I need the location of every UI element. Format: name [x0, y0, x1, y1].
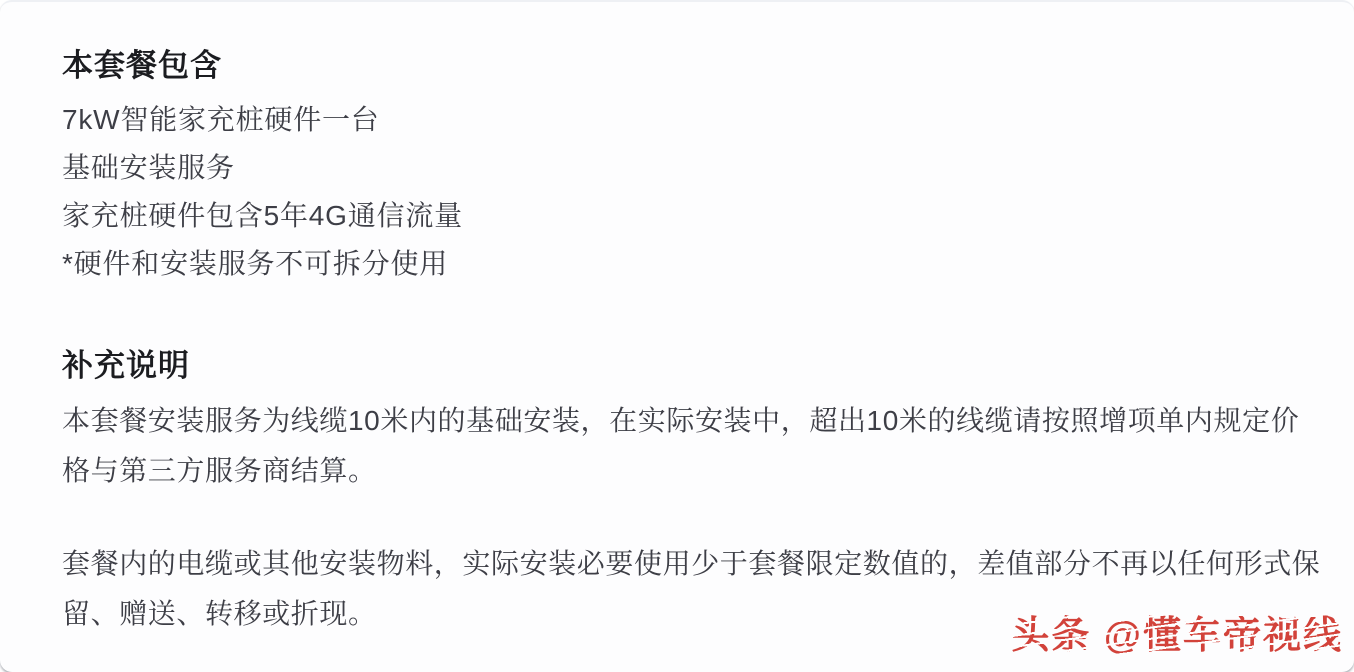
include-item-4g-data: 家充桩硬件包含5年4G通信流量 — [62, 192, 463, 240]
watermark-text: 头条 @懂车帝视线 — [1011, 615, 1343, 657]
notes-paragraph-cable-limit: 本套餐安装服务为线缆10米内的基础安装，在实际安装中，超出10米的线缆请按照增项… — [62, 396, 1324, 496]
include-item-install-service: 基础安装服务 — [62, 144, 463, 192]
watermark: 头条 @懂车帝视线 — [1011, 614, 1343, 658]
include-item-hardware: 7kW智能家充桩硬件一台 — [62, 96, 463, 144]
include-item-disclaimer: *硬件和安装服务不可拆分使用 — [62, 240, 463, 288]
package-detail-panel: 本套餐包含 7kW智能家充桩硬件一台 基础安装服务 家充桩硬件包含5年4G通信流… — [0, 0, 1354, 672]
supplementary-notes-heading: 补充说明 — [62, 346, 190, 386]
package-includes-heading: 本套餐包含 — [62, 46, 222, 86]
package-includes-list: 7kW智能家充桩硬件一台 基础安装服务 家充桩硬件包含5年4G通信流量 *硬件和… — [62, 96, 463, 288]
